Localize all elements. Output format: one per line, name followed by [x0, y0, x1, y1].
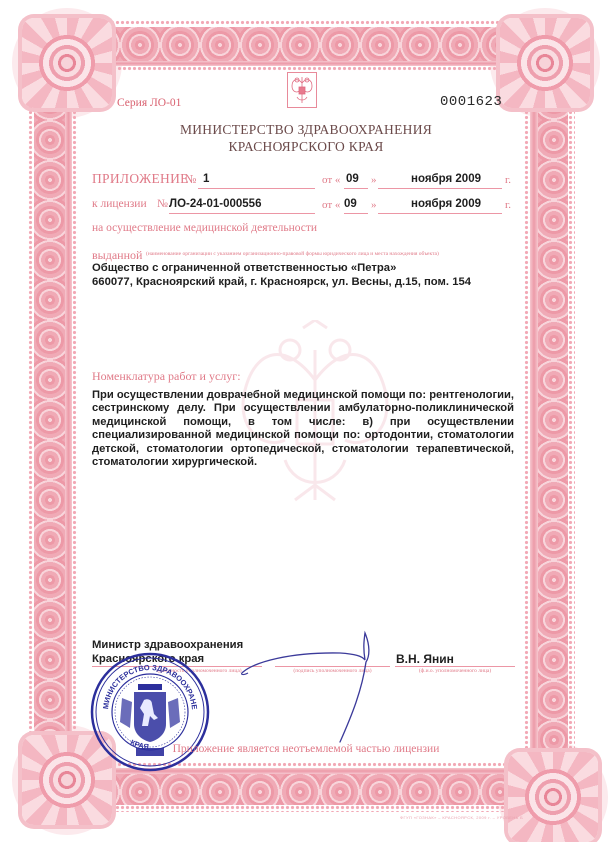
- appendix-month-year-value: ноября 2009: [411, 173, 481, 185]
- appendix-from-label: от «: [322, 174, 340, 186]
- appendix-year-suffix: г.: [505, 174, 511, 186]
- border-stripe-left: [65, 62, 72, 772]
- license-day-value: 09: [344, 198, 357, 210]
- license-from-label: от «: [322, 199, 340, 211]
- appendix-number-field: 1: [198, 173, 315, 189]
- footer-note: Приложение является неотъемлемой частью …: [0, 743, 612, 755]
- appendix-label: ПРИЛОЖЕНИЕ: [92, 171, 189, 187]
- license-number-sign: №: [157, 198, 168, 210]
- name-signature-line: [395, 666, 515, 667]
- appendix-number-value: 1: [203, 173, 209, 185]
- appendix-quote-close: »: [371, 174, 377, 186]
- caption-signature: (подпись уполномоченного лица): [275, 668, 390, 674]
- coat-of-arms-icon: [287, 72, 317, 108]
- border-inner-lace-top: [72, 66, 540, 71]
- license-month-year-value: ноября 2009: [411, 198, 481, 210]
- ministry-title-line2: КРАСНОЯРСКОГО КРАЯ: [0, 139, 612, 155]
- border-lace-bottom: [40, 805, 572, 812]
- license-label: к лицензии: [92, 198, 147, 210]
- license-day-field: 09: [344, 198, 368, 214]
- signer-name: В.Н. Янин: [396, 652, 454, 666]
- appendix-day-value: 09: [346, 173, 359, 185]
- license-number-field: ЛО-24-01-000556: [169, 198, 315, 214]
- border-stripe-right: [530, 62, 538, 772]
- appendix-day-field: 09: [344, 173, 368, 189]
- border-lace-top: [40, 20, 572, 26]
- license-quote-close: »: [371, 199, 377, 211]
- activity-type: на осуществление медицинской деятельност…: [92, 222, 317, 234]
- appendix-month-year-field: ноября 2009: [378, 173, 502, 189]
- border-band-bottom: [40, 774, 572, 805]
- license-month-year-field: ноября 2009: [378, 198, 502, 214]
- issued-label: выданной: [92, 248, 142, 263]
- corner-rosette-top-right: [500, 18, 590, 108]
- license-number-value: ЛО-24-01-000556: [169, 198, 261, 210]
- corner-rosette-top-left: [22, 18, 112, 108]
- serial-number: 0001623: [440, 94, 502, 110]
- nomenclature-text: При осуществлении доврачебной медицинско…: [92, 389, 514, 469]
- nomenclature-title: Номенклатура работ и услуг:: [92, 369, 241, 384]
- signature-line: [275, 666, 390, 667]
- border-band-top: [40, 27, 572, 61]
- organization-address: 660077, Красноярский край, г. Красноярск…: [92, 276, 471, 288]
- appendix-number-sign: №: [185, 172, 196, 187]
- corner-rosette-bottom-right: [508, 752, 598, 842]
- issued-note: (наименование организации с указанием ор…: [146, 251, 439, 257]
- organization-name: Общество с ограниченной ответственностью…: [92, 262, 396, 274]
- caption-name: (ф.и.о. уполномоченного лица): [395, 668, 515, 674]
- ministry-title-line1: МИНИСТЕРСТВО ЗДРАВООХРАНЕНИЯ: [0, 122, 612, 138]
- series-label: Серия ЛО-01: [117, 97, 181, 109]
- license-year-suffix: г.: [505, 199, 511, 211]
- printer-imprint: ФГУП «ГОЗНАК» – КРАСНОЯРСК, 2009 г. – УР…: [400, 815, 523, 820]
- license-appendix-page: Серия ЛО-01 0001623 МИНИСТЕРСТВО ЗДРАВОО…: [0, 0, 612, 842]
- border-inner-lace-left: [72, 70, 78, 764]
- official-stamp-icon: МИНИСТЕРСТВО ЗДРАВООХРАНЕНИЯ КРАСНОЯРСКО…: [88, 650, 212, 774]
